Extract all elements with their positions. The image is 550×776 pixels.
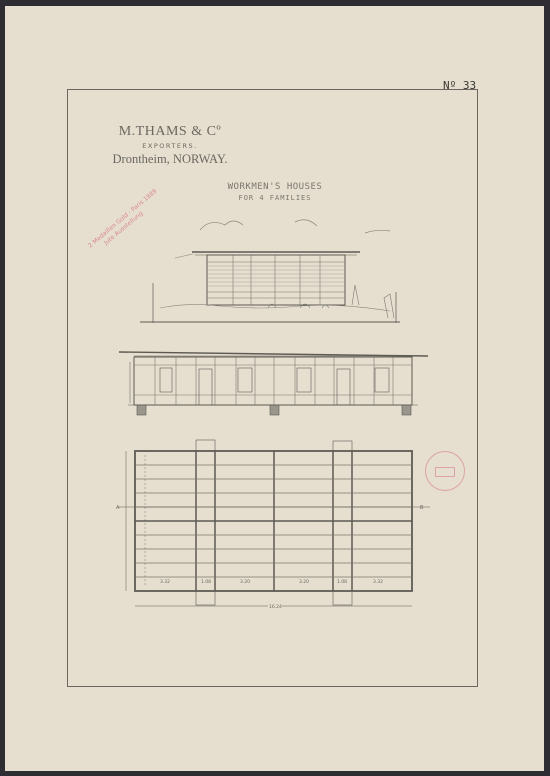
room-width: 3.32 (373, 579, 383, 585)
room-width: 3.20 (299, 579, 309, 585)
room-width: 1.08 (337, 579, 347, 585)
room-width: 3.20 (240, 579, 250, 585)
room-width: 3.32 (160, 579, 170, 585)
section-label-a: A (116, 505, 120, 511)
front-elevation (119, 352, 428, 415)
section-label-b: B (420, 505, 424, 511)
total-width: 16.24 (269, 604, 282, 610)
room-width: 1.08 (201, 579, 211, 585)
architectural-drawings: A B 3.32 1.08 3.20 3.20 1.08 3.32 16.24 (0, 0, 550, 776)
side-elevation (140, 220, 400, 323)
